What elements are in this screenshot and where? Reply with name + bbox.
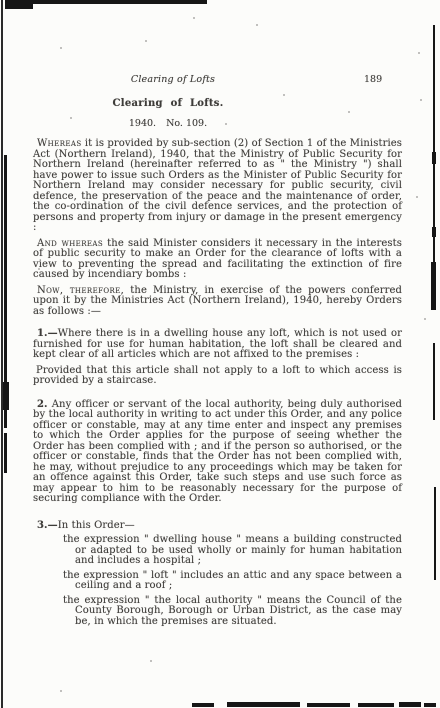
scan-artifact-bottom-dash-4 bbox=[358, 703, 394, 707]
paper-speck bbox=[38, 268, 40, 270]
paper-speck bbox=[145, 40, 147, 42]
article-1: 1.—Where there is in a dwelling house an… bbox=[33, 329, 402, 361]
scan-artifact-bottom-dash-6 bbox=[424, 703, 436, 707]
paper-speck bbox=[416, 196, 418, 198]
paper-speck bbox=[60, 47, 62, 49]
paper-speck bbox=[225, 123, 227, 125]
definition-local-authority: the expression " the local authority " m… bbox=[33, 596, 402, 628]
paper-speck bbox=[150, 660, 152, 662]
page-number: 189 bbox=[364, 74, 382, 85]
scan-artifact-top-left-blob bbox=[5, 0, 33, 9]
running-header-title: Clearing of Lofts bbox=[0, 74, 346, 85]
document-number: No. 109. bbox=[166, 118, 207, 129]
paragraph-and-whereas: And whereas the said Minister considers … bbox=[33, 239, 402, 281]
document-body: Whereas it is provided by sub-section (2… bbox=[33, 139, 402, 627]
document-year: 1940. bbox=[129, 118, 156, 129]
definition-dwelling-house: the expression " dwelling house " means … bbox=[33, 535, 402, 567]
article-2: 2. Any officer or servant of the local a… bbox=[33, 400, 402, 505]
paper-speck bbox=[348, 111, 350, 113]
paper-speck bbox=[418, 52, 420, 54]
now-therefore-lead: Now, therefore, bbox=[37, 285, 124, 296]
paper-speck bbox=[60, 690, 62, 692]
article-1-proviso: Provided that this article shall not app… bbox=[33, 366, 402, 387]
paper-speck bbox=[420, 99, 422, 101]
whereas-text: it is provided by sub-section (2) of Sec… bbox=[33, 138, 402, 233]
scan-artifact-right-blob-2 bbox=[432, 227, 436, 237]
and-whereas-lead: And whereas bbox=[37, 238, 103, 249]
scan-artifact-right-blob-1 bbox=[432, 152, 436, 164]
article-3: 3.—In this Order— bbox=[33, 521, 402, 532]
article-2-text: Any officer or servant of the local auth… bbox=[33, 399, 402, 505]
scan-artifact-right-line-2 bbox=[433, 343, 435, 420]
scan-artifact-right-blob-3 bbox=[431, 262, 436, 310]
paper-speck bbox=[256, 24, 258, 26]
paper-speck bbox=[424, 318, 426, 320]
article-3-number: 3.— bbox=[37, 520, 58, 531]
paragraph-whereas: Whereas it is provided by sub-section (2… bbox=[33, 139, 402, 234]
scan-artifact-left-edge-line bbox=[1, 0, 3, 708]
paper-speck bbox=[70, 117, 72, 119]
article-3-text: In this Order— bbox=[58, 520, 135, 531]
document-title: Clearing of Lofts. bbox=[0, 98, 336, 109]
scan-artifact-bottom-dash-3 bbox=[307, 703, 350, 707]
scan-artifact-right-line-3 bbox=[434, 487, 436, 580]
scan-artifact-bottom-dash-5 bbox=[399, 702, 421, 707]
paper-speck bbox=[283, 94, 285, 96]
scan-artifact-top-line bbox=[30, 0, 207, 4]
definition-loft: the expression " loft " includes an atti… bbox=[33, 571, 402, 592]
whereas-lead: Whereas bbox=[37, 138, 82, 149]
scanned-document-page: Clearing of Lofts 189 Clearing of Lofts.… bbox=[0, 0, 440, 708]
paper-speck bbox=[370, 244, 372, 246]
paragraph-now-therefore: Now, therefore, the Ministry, in exercis… bbox=[33, 286, 402, 318]
article-1-text: Where there is in a dwelling house any l… bbox=[33, 328, 402, 360]
paper-speck bbox=[193, 17, 195, 19]
scan-artifact-bottom-dash-2 bbox=[227, 702, 300, 707]
document-year-number: 1940.No. 109. bbox=[0, 118, 336, 129]
scan-artifact-bottom-dash-1 bbox=[192, 703, 214, 707]
scan-artifact-left-bar-2 bbox=[4, 433, 7, 473]
article-2-number: 2. bbox=[37, 399, 48, 410]
article-1-number: 1.— bbox=[37, 328, 58, 339]
scan-artifact-left-blob bbox=[3, 382, 9, 410]
